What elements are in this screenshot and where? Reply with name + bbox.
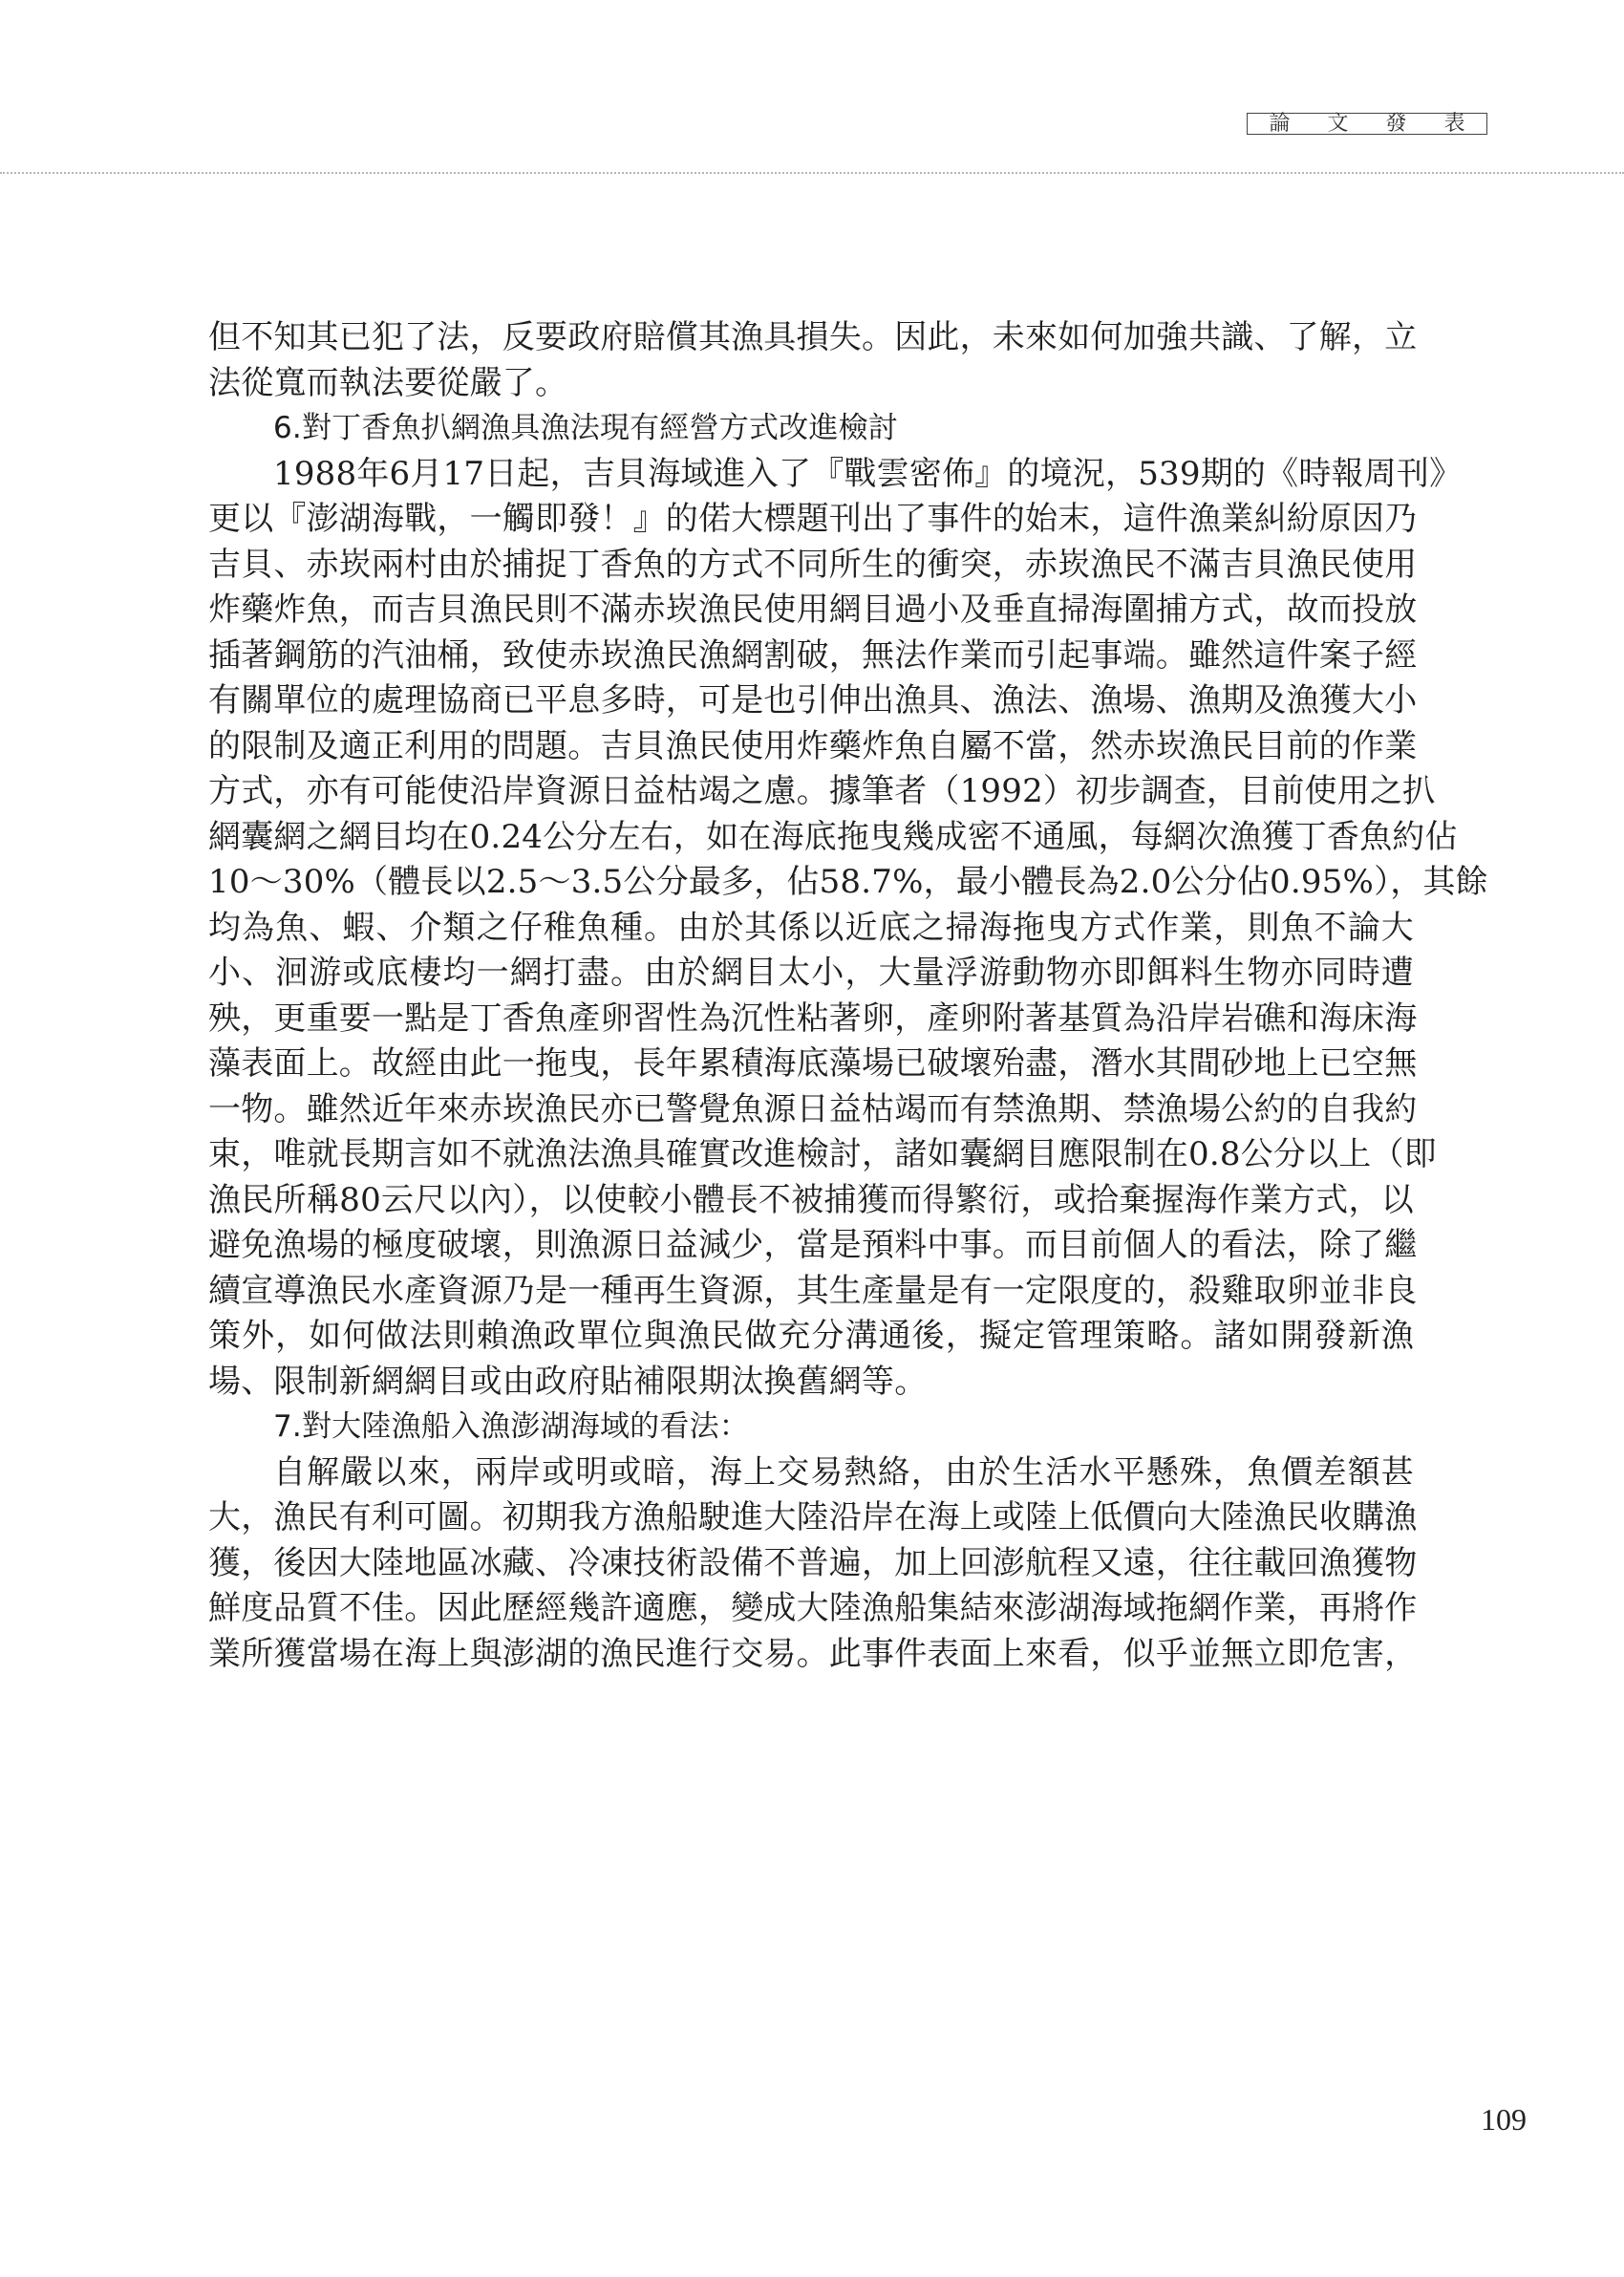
text-line: 場、限制新網網目或由政府貼補限期汰換舊網等。 [208, 1360, 1414, 1406]
text-line: 但不知其已犯了法，反要政府賠償其漁具損失。因此，未來如何加強共識、了解，立 [208, 315, 1414, 361]
text-line: 業所獲當場在海上與澎湖的漁民進行交易。此事件表面上來看，似乎並無立即危害， [208, 1632, 1414, 1678]
text-line: 法從寬而執法要從嚴了。 [208, 361, 1414, 407]
text-line: 束，唯就長期言如不就漁法漁具確實改進檢討，諸如囊網目應限制在0.8公分以上（即 [208, 1132, 1414, 1178]
text-line: 小、洄游或底棲均一網打盡。由於網目太小，大量浮游動物亦即餌料生物亦同時遭 [208, 951, 1414, 997]
text-line: 藻表面上。故經由此一拖曳，長年累積海底藻場已破壞殆盡，潛水其間砂地上已空無 [208, 1042, 1414, 1087]
text-line: 殃，更重要一點是丁香魚產卵習性為沉性粘著卵，產卵附著基質為沿岸岩礁和海床海 [208, 997, 1414, 1042]
section-heading-6: 6.對丁香魚扒網漁具漁法現有經營方式改進檢討 [208, 406, 1414, 452]
text-line: 避免漁場的極度破壞，則漁源日益減少，當是預料中事。而目前個人的看法，除了繼 [208, 1223, 1414, 1269]
section-header-label: 論 文 發 表 [1247, 113, 1487, 135]
header-divider [0, 172, 1624, 174]
text-line: 續宣導漁民水產資源乃是一種再生資源，其生產量是有一定限度的，殺雞取卵並非良 [208, 1269, 1414, 1315]
text-line: 更以『澎湖海戰，一觸即發！』的偌大標題刊出了事件的始末，這件漁業糾紛原因乃 [208, 497, 1414, 543]
text-line: 1988年6月17日起，吉貝海域進入了『戰雲密佈』的境況，539期的《時報周刊》 [208, 452, 1414, 498]
text-line: 大，漁民有利可圖。初期我方漁船駛進大陸沿岸在海上或陸上低價向大陸漁民收購漁 [208, 1495, 1414, 1541]
text-line: 漁民所稱80云尺以內），以使較小體長不被捕獲而得繁衍，或拾棄握海作業方式，以 [208, 1178, 1414, 1224]
text-line: 方式，亦有可能使沿岸資源日益枯竭之慮。據筆者（1992）初步調查，目前使用之扒 [208, 769, 1414, 815]
article-body: 但不知其已犯了法，反要政府賠償其漁具損失。因此，未來如何加強共識、了解，立 法從… [208, 315, 1414, 1677]
text-line: 一物。雖然近年來赤崁漁民亦已警覺魚源日益枯竭而有禁漁期、禁漁場公約的自我約 [208, 1087, 1414, 1133]
text-line: 吉貝、赤崁兩村由於捕捉丁香魚的方式不同所生的衝突，赤崁漁民不滿吉貝漁民使用 [208, 543, 1414, 589]
text-line: 鮮度品質不佳。因此歷經幾許適應，變成大陸漁船集結來澎湖海域拖網作業，再將作 [208, 1586, 1414, 1632]
text-line: 網囊網之網目均在0.24公分左右，如在海底拖曳幾成密不通風，每網次漁獲丁香魚約佔 [208, 815, 1414, 861]
text-line: 的限制及適正利用的問題。吉貝漁民使用炸藥炸魚自屬不當，然赤崁漁民目前的作業 [208, 724, 1414, 770]
section-heading-7: 7.對大陸漁船入漁澎湖海域的看法： [208, 1405, 1414, 1450]
text-line: 炸藥炸魚，而吉貝漁民則不滿赤崁漁民使用網目過小及垂直掃海圍捕方式，故而投放 [208, 588, 1414, 634]
text-line: 獲，後因大陸地區冰藏、冷凍技術設備不普遍，加上回澎航程又遠，往往載回漁獲物 [208, 1541, 1414, 1587]
text-line: 插著鋼筋的汽油桶，致使赤崁漁民漁網割破，無法作業而引起事端。雖然這件案子經 [208, 634, 1414, 679]
text-line: 自解嚴以來，兩岸或明或暗，海上交易熱絡，由於生活水平懸殊，魚價差額甚 [208, 1450, 1414, 1496]
text-line: 10～30%（體長以2.5～3.5公分最多，佔58.7%，最小體長為2.0公分佔… [208, 860, 1414, 906]
text-line: 有關單位的處理協商已平息多時，可是也引伸出漁具、漁法、漁場、漁期及漁獲大小 [208, 678, 1414, 724]
text-line: 均為魚、蝦、介類之仔稚魚種。由於其係以近底之掃海拖曳方式作業，則魚不論大 [208, 906, 1414, 952]
text-line: 策外，如何做法則賴漁政單位與漁民做充分溝通後，擬定管理策略。諸如開發新漁 [208, 1314, 1414, 1360]
page-number: 109 [1481, 2102, 1527, 2137]
